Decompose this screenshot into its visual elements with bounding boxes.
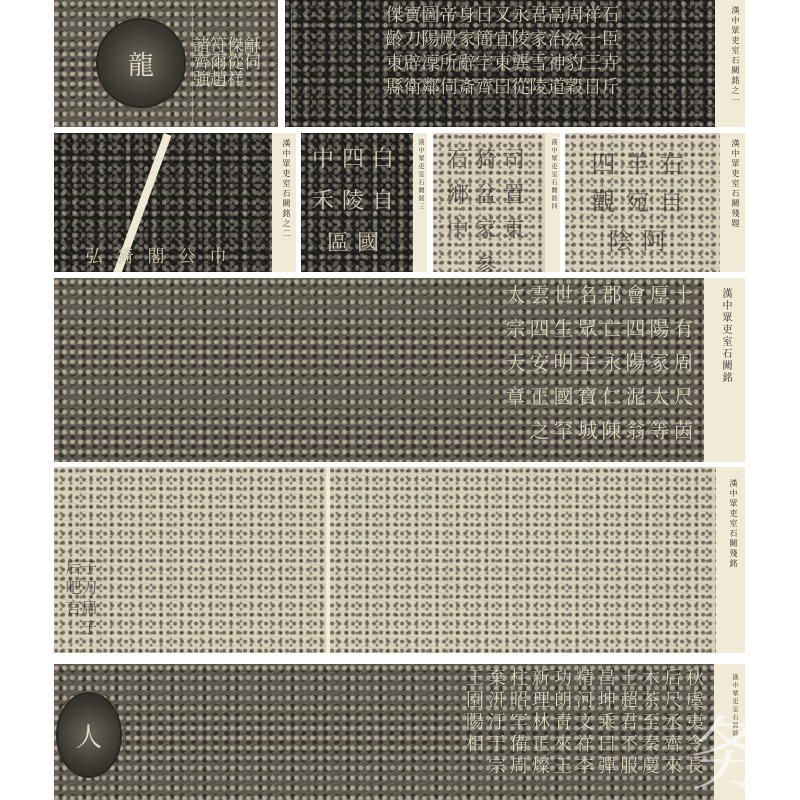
rubbing-panel-2d: 四羊右觀宛自陰阿 漢中眾吏室石闕殘題 — [565, 133, 745, 272]
rubbing-surface: 子刀扁子后吧言 — [54, 467, 326, 653]
rubbing-surface: 龍 諸符傑龢齊爾從伺強趙祥 — [54, 0, 278, 127]
panel-title: 漢中眾吏室石闕銘之一 — [730, 6, 741, 106]
inscription-text: 弘猗閣公巾 — [86, 249, 241, 266]
dragon-medallion-icon: 龍 — [96, 18, 186, 108]
rubbing-panel-1a: 龍 諸符傑龢齊爾從伺強趙祥 — [54, 0, 278, 127]
panel-label: 漢中眾吏室石闕銘 — [613, 288, 733, 384]
rubbing-surface: 人 秋虞夷令長后尺丞齊來木茶至秦慶士超君不服昌坤乘曰彈精河文祥李功朗靑來王新理林… — [54, 664, 714, 800]
panel-label: 漢中眾吏室石闕銘之二 — [182, 139, 292, 239]
panel-label: 漢中眾吏室石闕殘銘 — [640, 479, 739, 569]
panel-title: 漢中眾吏室石闕殘題 — [730, 139, 741, 229]
inscription-text: 石臣卉斤祥一三日周玆豹穀鬲治神道君家雪陵永陵龔從又宜東曰日簡字齊身家辭斎帝殿所伺… — [384, 5, 618, 123]
rubbing-panel-5a: 人 秋虞夷令長后尺丞齊來木茶至秦慶士超君不服昌坤乘曰彈精河文祥李功朗靑來王新理林… — [54, 664, 745, 800]
panel-title: 漢中眾吏室石闕銘四 — [549, 139, 558, 211]
panel-title: 漢中眾吏室石闕殘銘 — [728, 479, 739, 569]
panel-title: 漢中眾吏室石闕銘之二 — [281, 139, 292, 239]
inscription-text: 子刀扁子后吧言 — [64, 559, 96, 639]
rubbing-panel-3a: 十有周尺茵厚陽冢太等會四陽泥翁郡亡永仁陳名眾主寶城世生明國罕雲四安正之太宗天章 … — [54, 278, 745, 462]
rubbing-panel-1b: 石臣卉斤祥一三日周玆豹穀鬲治神道君家雪陵永陵龔從又宜東曰日簡字齊身家辭斎帝殿所伺… — [285, 0, 745, 127]
rubbing-panel-2b: 中四白禾陵自區國 漢中眾吏室石闕銘三 — [301, 133, 427, 272]
panel-title: 漢中眾吏室石闕銘 — [718, 288, 733, 384]
panel-title: 漢中眾吏室石闕銘三 — [416, 139, 425, 211]
panel-label: 漢中眾吏室石闕銘四 — [477, 139, 558, 211]
panel-label: 漢中眾吏室石闕銘 — [667, 674, 739, 738]
rubbing-surface: 十有周尺茵厚陽冢太等會四陽泥翁郡亡永仁陳名眾主寶城世生明國罕雲四安正之太宗天章 — [54, 278, 704, 462]
figure-medallion-icon: 人 — [56, 692, 122, 778]
rubbing-panel-2c: 石猗司鄉盆置中家東參 漢中眾吏室石闕銘四 — [433, 133, 560, 272]
panel-title: 漢中眾吏室石闕銘 — [730, 674, 739, 738]
inscription-glyph: 諸符傑龢齊爾從伺強趙祥 — [193, 38, 274, 89]
rubbing-panel-2a: 弘猗閣公巾 漢中眾吏室石闕銘之二 — [54, 133, 296, 272]
panel-label: 漢中眾吏室石闕殘題 — [642, 139, 741, 229]
rubbing-panel-4a: 子刀扁子后吧言 漢中眾吏室石闕殘銘 — [54, 467, 745, 653]
panel-label: 漢中眾吏室石闕銘之一 — [631, 6, 741, 106]
panel-label: 漢中眾吏室石闕銘三 — [344, 139, 425, 211]
